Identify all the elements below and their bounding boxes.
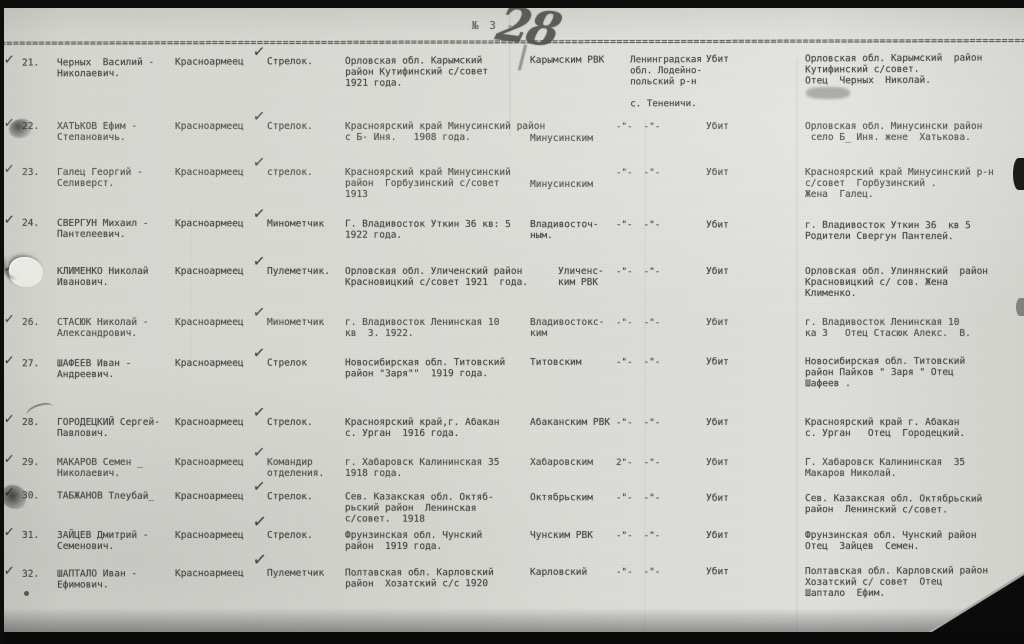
table-row: ✓ 27. ШАФЕЕВ Иван - Андреевич. Красноарм… — [0, 356, 1024, 359]
military-specialty: стрелок. — [267, 167, 313, 178]
casualty-status: Убит — [706, 566, 729, 577]
specialty-checkmark-icon: ✓ — [252, 111, 265, 125]
row-number: 32. — [22, 569, 39, 580]
military-specialty: Минометчик — [267, 317, 324, 328]
soldier-name: Галец Георгий - Селиверст. — [57, 167, 143, 189]
soldier-name: ЗАЙЦЕВ Дмитрий - Семенович. — [57, 530, 149, 552]
death-place-or-ditto: -"- -"- — [616, 167, 660, 178]
military-specialty: Стрелок. — [267, 121, 313, 132]
paper-tear — [1013, 158, 1024, 190]
row-checkmark-icon: ✓ — [3, 313, 14, 327]
soldier-name: ХАТЬКОВ Ефим - Степановичь. — [57, 121, 137, 143]
row-number: 21. — [22, 57, 39, 68]
row-checkmark-icon: ✓ — [3, 354, 14, 368]
military-specialty: Пулеметчик — [267, 568, 324, 579]
ink-dot — [24, 591, 29, 596]
scan-shadow — [0, 608, 1024, 632]
casualty-status: Убит — [706, 356, 729, 367]
relatives-address: Орловская обл. Карымский район Кутифинск… — [805, 53, 982, 87]
scan-edge-bottom — [0, 632, 1024, 644]
soldier-rank: Красноармеец — [175, 317, 244, 328]
soldier-rank: Красноармеец — [175, 56, 244, 67]
drafting-commissariat: Карымским РВК — [530, 55, 604, 66]
casualty-table: ✓ 21. Черных Василий - Николаевич. Красн… — [0, 0, 1024, 644]
birthplace-and-year: Сев. Казакская обл. Октяб- рьский район … — [345, 491, 494, 525]
table-row: ✓ 21. Черных Василий - Николаевич. Красн… — [0, 52, 1024, 57]
row-number: 29. — [22, 457, 39, 468]
row-number: 27. — [22, 358, 39, 369]
specialty-checkmark-icon: ✓ — [252, 157, 265, 171]
soldier-name: Черных Василий - Николаевич. — [57, 57, 154, 80]
table-row: ✓ 24. СВЕРГУН Михаил - Пантелеевич. Крас… — [0, 218, 1024, 221]
drafting-commissariat: Владивостокс- ким — [530, 317, 604, 339]
soldier-name: СВЕРГУН Михаил - Пантелеевич. — [57, 218, 149, 240]
military-specialty: Минометчик — [267, 218, 324, 229]
soldier-name: МАКАРОВ Семен _ Николаевич. — [57, 457, 143, 479]
casualty-status: Убит — [706, 167, 729, 178]
death-place-or-ditto: Ленинградская обл. Лодейно- польский р-н… — [630, 54, 702, 109]
scan-edge-top — [0, 0, 1024, 8]
drafting-commissariat: Титовским — [530, 357, 582, 368]
relatives-address: Красноярский край Минусинский р-н с/сове… — [805, 167, 994, 200]
row-number: 26. — [22, 317, 39, 328]
military-specialty: Стрелок — [267, 358, 307, 369]
casualty-status: Убит — [706, 317, 729, 328]
drafting-commissariat: Хабаровским — [530, 457, 593, 468]
relatives-address: Орловская обл. Улинянский район Краснови… — [805, 266, 988, 299]
row-checkmark-icon: ✓ — [3, 526, 14, 540]
military-specialty: Стрелок. — [267, 417, 313, 428]
row-checkmark-icon: ✓ — [3, 53, 14, 67]
casualty-status: Убит — [706, 54, 729, 65]
death-place-or-ditto: -"- -"- — [616, 492, 660, 503]
birthplace-and-year: Красноярский край,г. Абакан с. Урган 191… — [345, 417, 499, 439]
military-specialty: Стрелок. — [267, 530, 313, 541]
paper-tear — [1016, 298, 1024, 316]
row-number: 24. — [22, 218, 39, 229]
row-checkmark-icon: ✓ — [3, 163, 14, 177]
drafting-commissariat: Владивосточ- ным. — [530, 219, 599, 241]
relatives-address: Фрунзинская обл. Чунский район Отец Зайц… — [805, 530, 977, 552]
row-number: 31. — [22, 530, 39, 541]
birthplace-and-year: Орловская обл. Карымский район Кутифинск… — [345, 55, 488, 89]
death-place-or-ditto: -"- -"- — [616, 317, 660, 328]
scan-edge-left — [0, 0, 4, 644]
military-specialty: Стрелок. — [267, 56, 313, 67]
relatives-address: Орловская обл. Минусински район село Б_ … — [805, 121, 982, 143]
casualty-status: Убит — [706, 417, 729, 428]
scanned-document: № 3 - ==================================… — [0, 0, 1024, 644]
drafting-commissariat: Абаканским РВК — [530, 417, 610, 428]
casualty-status: Убит — [706, 530, 729, 541]
casualty-status: Убит — [706, 220, 729, 231]
table-row: ✓ 30. ТАБЖАНОВ Тлеубай_ Красноармеец ✓ С… — [0, 490, 1024, 494]
drafting-commissariat: Минусинским — [530, 133, 593, 144]
military-specialty: Командир отделения. — [267, 457, 324, 479]
soldier-rank: Красноармеец — [175, 417, 244, 428]
birthplace-and-year: г. Хабаровск Калининская 35 1918 года. — [345, 457, 499, 479]
relatives-address: г. Владивосток Ленинская 10 ка 3 Отец Ст… — [805, 317, 971, 339]
drafting-commissariat: Чунским РВК — [530, 530, 593, 541]
casualty-status: Убит — [706, 266, 729, 277]
specialty-checkmark-icon: ✓ — [252, 256, 265, 270]
specialty-checkmark-icon: ✓ — [252, 481, 265, 495]
row-checkmark-icon: ✓ — [3, 413, 14, 427]
birthplace-and-year: Орловская обл. Уличенский район Краснови… — [345, 266, 528, 288]
military-specialty: Стрелок. — [267, 491, 313, 502]
specialty-checkmark-icon: ✓ — [252, 515, 267, 529]
soldier-name: ГОРОДЕЦКИЙ Сергей- Павлович. — [57, 417, 160, 439]
death-place-or-ditto: -"- -"- — [616, 530, 660, 541]
soldier-rank: Красноармеец — [175, 568, 244, 579]
relatives-address: Красноярский край г. Абакан с. Урган Оте… — [805, 417, 965, 439]
birthplace-and-year: г. Владивосток Ленинская 10 кв 3. 1922. — [345, 317, 499, 339]
specialty-checkmark-icon: ✓ — [252, 407, 265, 421]
row-checkmark-icon: ✓ — [3, 213, 14, 227]
row-checkmark-icon: ✓ — [3, 453, 14, 467]
specialty-checkmark-icon: ✓ — [252, 307, 265, 321]
birthplace-and-year: Новосибирская обл. Титовский район "Заря… — [345, 357, 505, 379]
soldier-rank: Красноармеец — [175, 491, 244, 502]
casualty-status: Убит — [706, 121, 729, 132]
relatives-address: Новосибирская обл. Титовский район Пайко… — [805, 356, 965, 389]
death-place-or-ditto: -"- -"- — [616, 357, 660, 368]
soldier-name: СТАСЮК Николай - Александрович. — [57, 317, 149, 339]
death-place-or-ditto: -"- -"- — [616, 417, 660, 428]
relatives-address: г. Владивосток Уткин 36 кв 5 Родители Св… — [805, 220, 971, 242]
birthplace-and-year: Красноярский край Минусинский район Горб… — [345, 167, 511, 200]
birthplace-and-year: Полтавская обл. Карловский район Хозатск… — [345, 567, 494, 590]
row-number: 23. — [22, 167, 39, 178]
drafting-commissariat: Минусинским — [530, 179, 593, 190]
soldier-name: ШАПТАЛО Иван - Ефимович. — [57, 568, 137, 590]
death-place-or-ditto: -"- -"- — [616, 566, 660, 577]
ink-blot — [1, 485, 26, 509]
soldier-rank: Красноармеец — [175, 266, 244, 277]
birthplace-and-year: Фрунзинская обл. Чунский район 1919 года… — [345, 530, 482, 552]
soldier-rank: Красноармеец — [175, 358, 244, 369]
specialty-checkmark-icon: ✓ — [252, 347, 265, 361]
folded-corner — [932, 575, 1024, 632]
birthplace-and-year: Красноярский край Минусинский район с Б-… — [345, 121, 545, 143]
soldier-rank: Красноармеец — [175, 218, 244, 229]
specialty-checkmark-icon: ✓ — [252, 447, 265, 461]
death-place-or-ditto: -"- -"- — [616, 266, 660, 277]
death-place-or-ditto: -"- -"- — [616, 121, 660, 132]
military-specialty: Пулеметчик. — [267, 266, 330, 277]
drafting-commissariat: Карловский — [530, 567, 587, 578]
death-place-or-ditto: 2"- -"- — [616, 457, 660, 468]
specialty-checkmark-icon: ✓ — [252, 552, 267, 566]
row-checkmark-icon: ✓ — [3, 564, 14, 578]
death-place-or-ditto: -"- -"- — [616, 219, 660, 230]
soldier-name: КЛИМЕНКО Николай Иванович. — [57, 266, 149, 288]
soldier-name: ШАФЕЕВ Иван - Андреевич. — [57, 358, 131, 380]
specialty-checkmark-icon: ✓ — [252, 46, 265, 60]
ink-smudge — [806, 87, 850, 99]
drafting-commissariat: Уличенс- ким РВК — [558, 266, 604, 288]
drafting-commissariat: Октябрьским — [530, 492, 593, 503]
soldier-rank: Красноармеец — [175, 167, 244, 178]
soldier-rank: Красноармеец — [175, 530, 244, 541]
casualty-status: Убит — [706, 457, 729, 468]
soldier-name: ТАБЖАНОВ Тлеубай_ — [57, 490, 154, 501]
relatives-address: Сев. Казакская обл. Октябрьский район Ле… — [805, 493, 982, 516]
table-row: ✓ 32. ШАПТАЛО Иван - Ефимович. Красноарм… — [0, 565, 1024, 569]
soldier-rank: Красноармеец — [175, 457, 244, 468]
specialty-checkmark-icon: ✓ — [252, 208, 265, 222]
relatives-address: Г. Хабаровск Калининская 35 Макаров Нико… — [805, 457, 965, 479]
birthplace-and-year: Г. Владивосток Уткин 36 кв: 5 1922 года. — [345, 219, 511, 241]
soldier-rank: Красноармеец — [175, 121, 244, 132]
casualty-status: Убит — [706, 493, 729, 504]
